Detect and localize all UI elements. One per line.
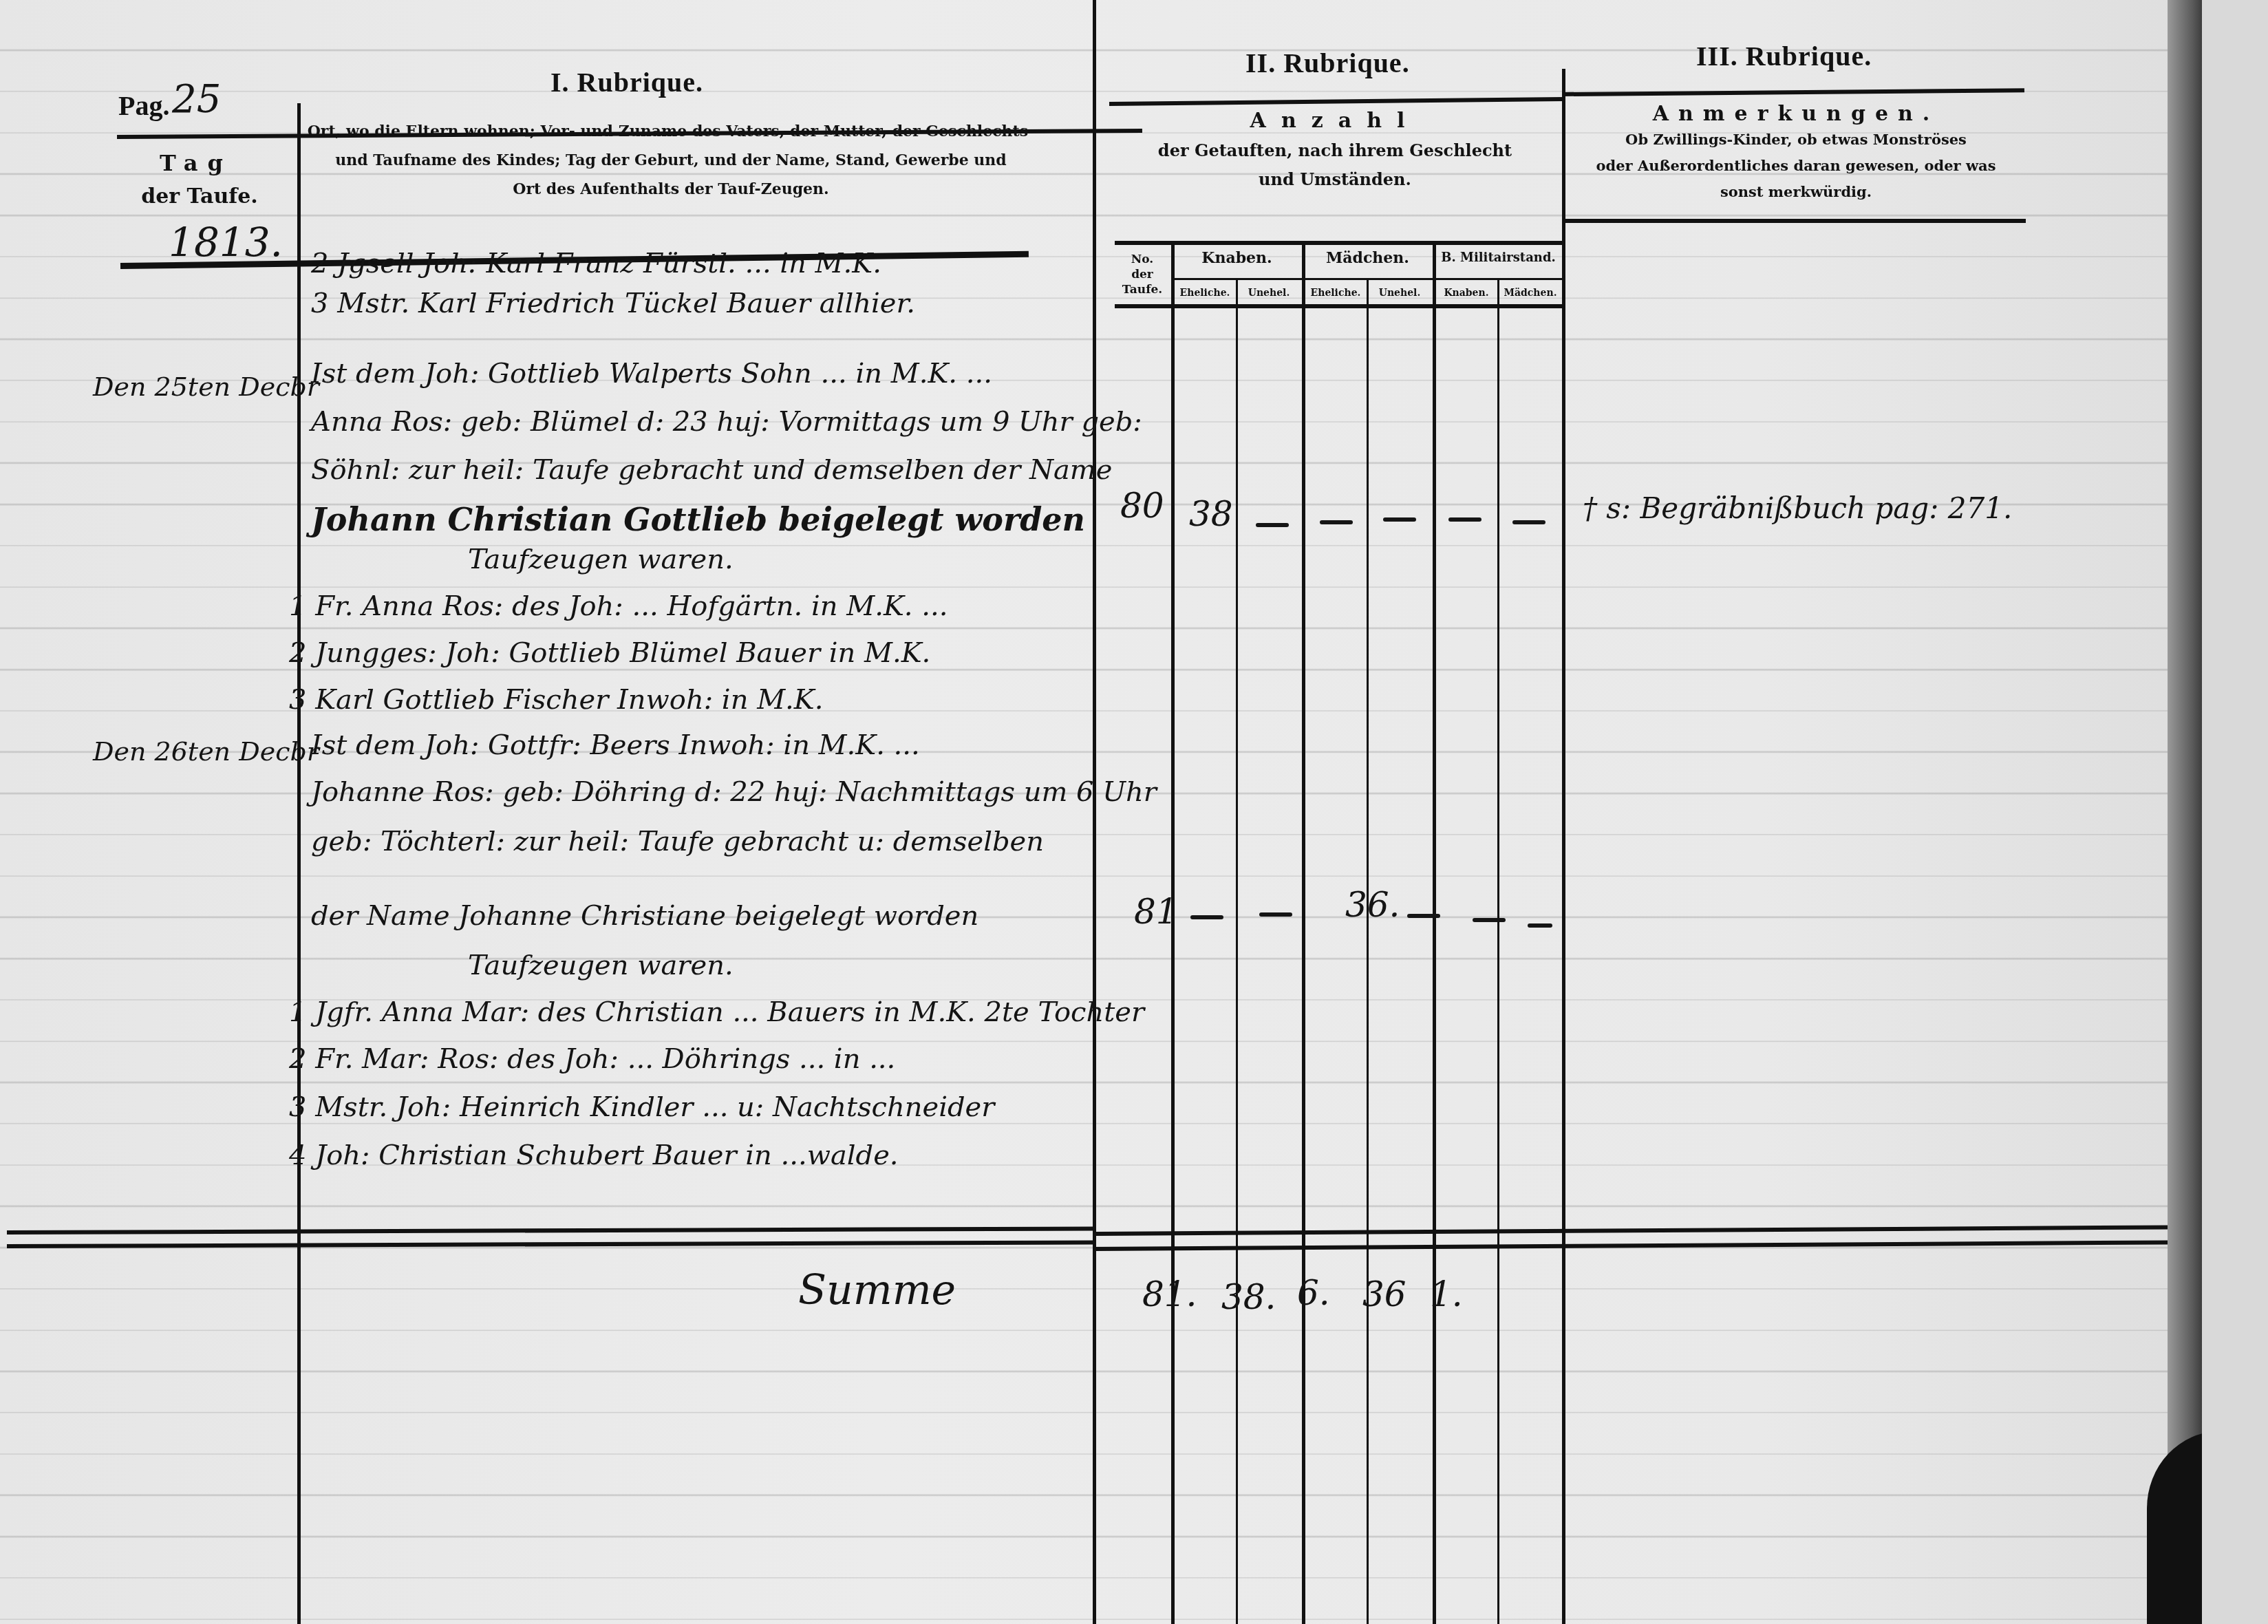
summary-label: Summe: [798, 1266, 956, 1314]
rubrique-2-anzahl: Anzahl: [1115, 109, 1555, 133]
summary-maedchen-ehelich: 36: [1362, 1274, 1406, 1314]
entry-2-knaben-ehelich-dash: [1190, 915, 1223, 919]
rubrique-1-header-line-1: Ort, wo die Eltern wohnen; Vor- und Zuna…: [296, 117, 1046, 146]
entry-1-carryover-1: 2 Jgsell Joh: Karl Franz Fürstl. ... in …: [311, 248, 881, 279]
entry-1-witness-3: 3 Karl Gottlieb Fischer Inwoh: in M.K.: [289, 684, 823, 716]
summary-knaben-unehel: 6.: [1297, 1273, 1330, 1313]
rubrique-2-cols-rule-top: [1115, 241, 1562, 245]
entry-2-mil-maedchen-dash: [1528, 923, 1552, 928]
date-col-header-1: Tag: [127, 150, 265, 176]
rule-mil-sub: [1497, 278, 1499, 1624]
entry-1-line-3: Söhnl: zur heil: Taufe gebracht und dems…: [311, 454, 1112, 486]
rule-maedchen-sub: [1367, 278, 1369, 1624]
entry-1-knaben-ehelich: 38: [1189, 494, 1233, 534]
page-number: 25: [172, 77, 221, 122]
col-maedchen-unehel-header: Unehel.: [1368, 286, 1431, 301]
entry-2-mil-knaben-dash: [1473, 918, 1506, 922]
date-col-header-2: der Taufe.: [124, 184, 275, 209]
col-militair-header: B. Militairstand.: [1435, 250, 1562, 266]
rubrique-3-header: Ob Zwillings-Kinder, ob etwas Monströses…: [1576, 127, 2016, 205]
entry-2-line-4: der Name Johanne Christiane beigelegt wo…: [311, 900, 978, 932]
entry-2-line-2: Johanne Ros: geb: Döhring d: 22 huj: Nac…: [311, 776, 1157, 808]
col-knaben-header: Knaben.: [1173, 249, 1301, 267]
entry-2-knaben-unehel-dash: [1259, 912, 1292, 917]
entry-2-line-5: Taufzeugen waren.: [468, 950, 734, 981]
col-maedchen-header: Mädchen.: [1304, 249, 1431, 267]
entry-1-carryover-2: 3 Mstr. Karl Friedrich Tückel Bauer allh…: [311, 288, 915, 319]
rule-knaben-sub: [1236, 278, 1238, 1624]
ruled-lines: [0, 0, 2202, 1624]
rule-date-col: [297, 103, 301, 1624]
rubrique-2-header-line-1: der Getauften, nach ihrem Geschlecht: [1115, 136, 1555, 165]
entry-1-line-1: Ist dem Joh: Gottlieb Walperts Sohn ... …: [311, 358, 992, 389]
entry-2-line-3: geb: Töchterl: zur heil: Taufe gebracht …: [311, 826, 1044, 857]
rule-knaben-right: [1302, 241, 1305, 1624]
col-maedchen-ehelich-header: Eheliche.: [1304, 286, 1367, 301]
entry-1-witness-2: 2 Jungges: Joh: Gottlieb Blümel Bauer in…: [289, 637, 930, 669]
summary-maedchen-unehel: 1.: [1430, 1274, 1463, 1314]
rule-no-col: [1171, 241, 1175, 1624]
rubrique-2-header: der Getauften, nach ihrem Geschlecht und…: [1115, 136, 1555, 194]
col-no-header: No. der Taufe.: [1115, 252, 1170, 297]
rubrique-2-header-line-2: und Umständen.: [1115, 165, 1555, 194]
rubrique-3-anmerkungen: Anmerkungen.: [1576, 102, 2016, 126]
entry-1-line-2: Anna Ros: geb: Blümel d: 23 huj: Vormitt…: [311, 406, 1142, 438]
rule-rubrique-1-right: [1093, 0, 1096, 1624]
col-knaben-ehelich-header: Eheliche.: [1173, 286, 1237, 301]
rubrique-1-header-line-3: Ort des Aufenthalts der Tauf-Zeugen.: [296, 175, 1046, 204]
page-label: Pag.: [118, 89, 169, 122]
entry-1-knaben-unehel-dash: [1256, 523, 1289, 527]
rubrique-1-title: I. Rubrique.: [550, 66, 703, 98]
entry-1-no: 80: [1120, 486, 1164, 526]
entry-2-no: 81: [1134, 892, 1178, 932]
rubrique-3-title: III. Rubrique.: [1696, 40, 1872, 72]
entry-1-date: Den 25ten Decbr: [93, 372, 319, 402]
entry-2-witness-3: 3 Mstr. Joh: Heinrich Kindler ... u: Nac…: [289, 1091, 994, 1123]
entry-2-date: Den 26ten Decbr: [93, 736, 319, 767]
entry-1-mil-knaben-dash: [1448, 517, 1481, 522]
entry-2-witness-2: 2 Fr. Mar: Ros: des Joh: ... Döhrings ..…: [289, 1043, 895, 1075]
rubrique-2-cols-rule-bottom: [1115, 304, 1562, 308]
entry-1-witness-1: 1 Fr. Anna Ros: des Joh: ... Hofgärtn. i…: [289, 590, 948, 622]
entry-2-maedchen-ehelich: 36.: [1345, 885, 1400, 925]
entry-2-witness-1: 1 Jgfr. Anna Mar: des Christian ... Baue…: [289, 996, 1144, 1028]
col-mil-knaben-header: Knaben.: [1435, 286, 1498, 301]
summary-knaben-ehelich: 38.: [1221, 1277, 1276, 1317]
rubrique-3-rule-bottom: [1563, 219, 2026, 223]
register-page: Pag. 25 Tag der Taufe. 1813. I. Rubrique…: [0, 0, 2202, 1624]
entry-1-mil-maedchen-dash: [1512, 520, 1545, 524]
col-mil-maedchen-header: Mädchen.: [1499, 286, 1562, 301]
entry-2-witness-4: 4 Joh: Christian Schubert Bauer in ...wa…: [289, 1140, 899, 1171]
year-label: 1813.: [169, 219, 283, 266]
col-knaben-unehel-header: Unehel.: [1237, 286, 1301, 301]
entry-2-maedchen-unehel-dash: [1407, 914, 1440, 918]
summary-total-no: 81.: [1142, 1274, 1197, 1314]
rule-rubrique-2-right: [1562, 69, 1565, 1624]
rubrique-1-header: Ort, wo die Eltern wohnen; Vor- und Zuna…: [296, 117, 1046, 204]
entry-1-line-4: Johann Christian Gottlieb beigelegt word…: [311, 501, 1085, 538]
entry-1-line-5: Taufzeugen waren.: [468, 544, 734, 575]
entry-1-maedchen-unehel-dash: [1383, 517, 1416, 522]
rubrique-2-title: II. Rubrique.: [1245, 47, 1410, 79]
entry-2-line-1: Ist dem Joh: Gottfr: Beers Inwoh: in M.K…: [311, 729, 920, 761]
rubrique-1-header-line-2: und Taufname des Kindes; Tag der Geburt,…: [296, 146, 1046, 175]
rule-maedchen-right: [1433, 241, 1436, 1624]
entry-1-remark: † s: Begräbnißbuch pag: 271.: [1583, 491, 2012, 525]
book-binding-edge: [2168, 0, 2202, 1624]
entry-1-maedchen-ehelich-dash: [1320, 520, 1353, 524]
